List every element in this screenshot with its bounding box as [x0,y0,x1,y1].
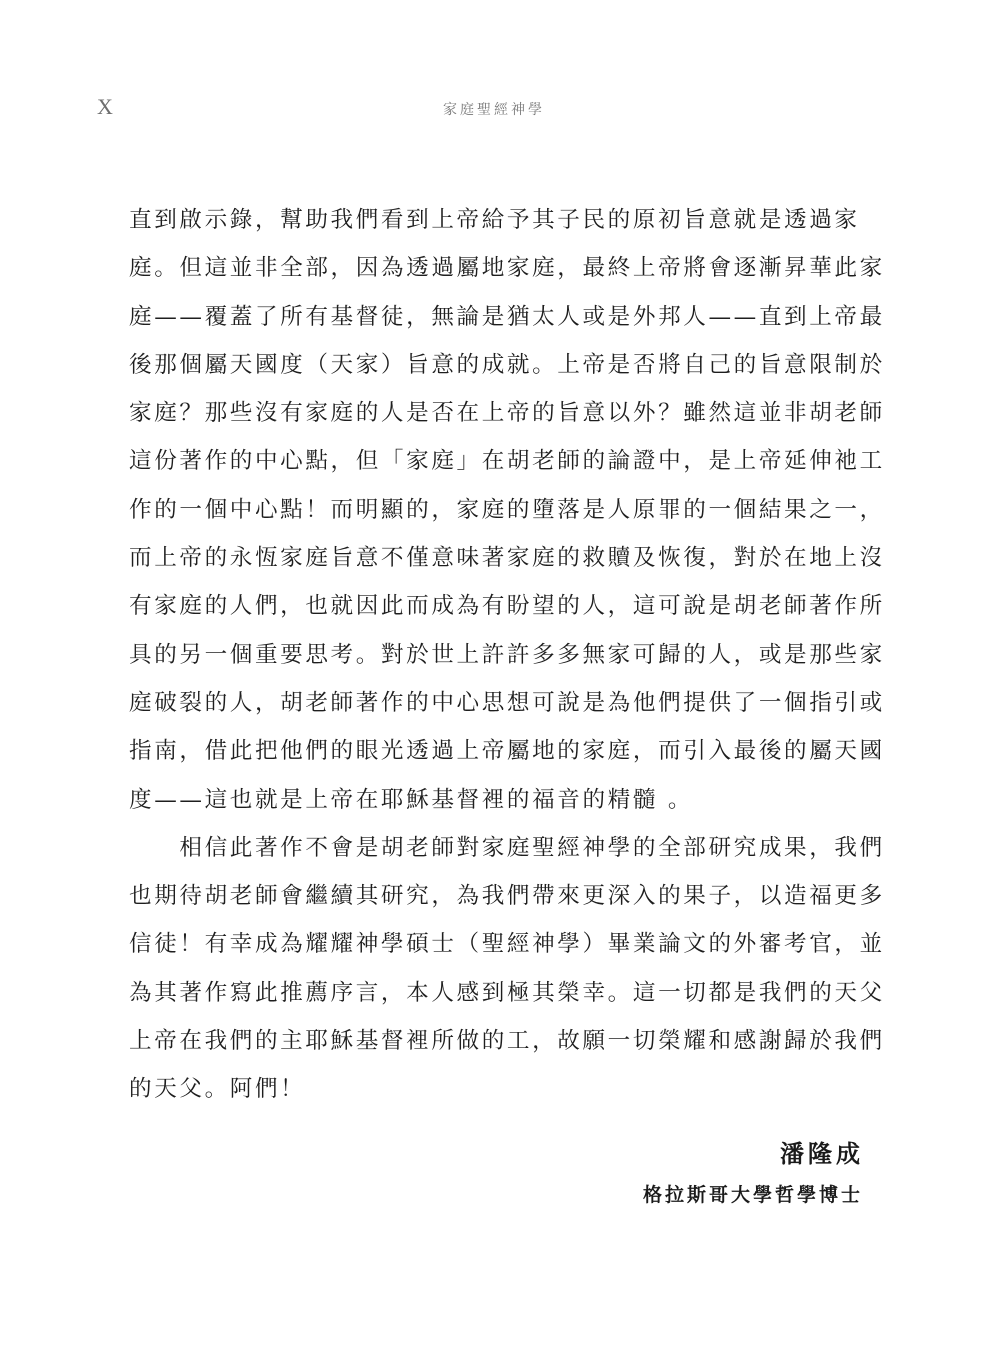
text-line: 度——這也就是上帝在耶穌基督裡的福音的精髓 。 [129,776,864,824]
text-line: 這份著作的中心點，但「家庭」在胡老師的論證中，是上帝延伸祂工 [129,437,864,485]
document-page: X 家庭聖經神學 直到啟示錄，幫助我們看到上帝給予其子民的原初旨意就是透過家 庭… [0,0,1000,1361]
text-line: 家庭？那些沒有家庭的人是否在上帝的旨意以外？雖然這並非胡老師 [129,389,864,437]
text-line: 的天父。阿們！ [129,1065,864,1113]
text-line: 有家庭的人們，也就因此而成為有盼望的人，這可說是胡老師著作所 [129,582,864,630]
book-title: 家庭聖經神學 [443,99,545,119]
text-line: 相信此著作不會是胡老師對家庭聖經神學的全部研究成果，我們 [129,824,864,872]
text-line: 而上帝的永恆家庭旨意不僅意味著家庭的救贖及恢復，對於在地上沒 [129,534,864,582]
text-line: 為其著作寫此推薦序言，本人感到極其榮幸。這一切都是我們的天父 [129,969,864,1017]
text-line: 具的另一個重要思考。對於世上許許多多無家可歸的人，或是那些家 [129,631,864,679]
text-line: 也期待胡老師會繼續其研究，為我們帶來更深入的果子，以造福更多 [129,872,864,920]
signature-block: 潘隆成 格拉斯哥大學哲學博士 [643,1134,860,1207]
running-header: X 家庭聖經神學 [0,96,1000,120]
author-name: 潘隆成 [643,1134,864,1174]
text-line: 作的一個中心點！而明顯的，家庭的墮落是人原罪的一個結果之一， [129,486,864,534]
text-line: 庭。但這並非全部，因為透過屬地家庭，最終上帝將會逐漸昇華此家 [129,244,864,292]
text-line: 後那個屬天國度（天家）旨意的成就。上帝是否將自己的旨意限制於 [129,341,864,389]
text-line: 庭——覆蓋了所有基督徒，無論是猶太人或是外邦人——直到上帝最 [129,293,864,341]
text-line: 庭破裂的人，胡老師著作的中心思想可說是為他們提供了一個指引或 [129,679,864,727]
text-line: 直到啟示錄，幫助我們看到上帝給予其子民的原初旨意就是透過家 [129,196,864,244]
text-line: 信徒！有幸成為耀耀神學碩士（聖經神學）畢業論文的外審考官，並 [129,920,864,968]
page-number: X [97,94,113,120]
text-line: 指南，借此把他們的眼光透過上帝屬地的家庭，而引入最後的屬天國 [129,727,864,775]
body-text: 直到啟示錄，幫助我們看到上帝給予其子民的原初旨意就是透過家 庭。但這並非全部，因… [129,196,864,1114]
author-credential: 格拉斯哥大學哲學博士 [643,1180,863,1207]
text-line: 上帝在我們的主耶穌基督裡所做的工，故願一切榮耀和感謝歸於我們 [129,1017,864,1065]
